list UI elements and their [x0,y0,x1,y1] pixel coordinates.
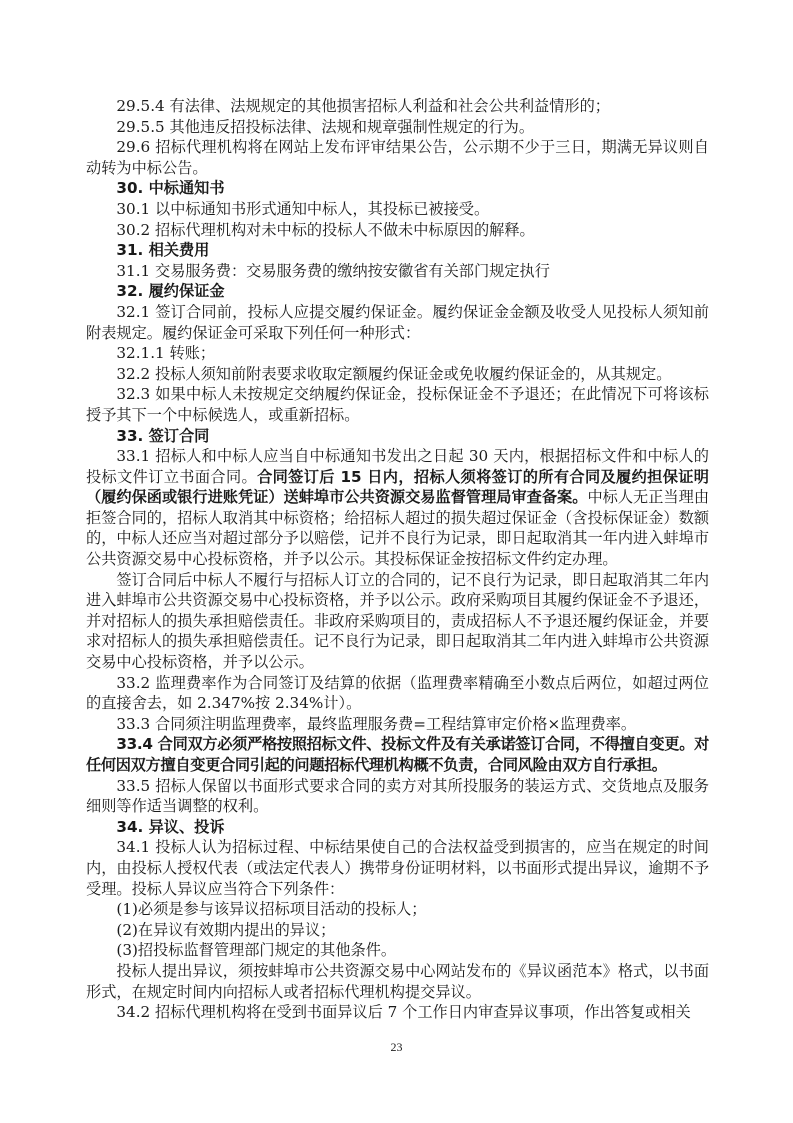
page-number: 23 [0,1040,793,1055]
clause-34-2: 34.2 招标代理机构将在受到书面异议后 7 个工作日内审查异议事项，作出答复或… [86,1002,709,1023]
condition-2: (2)在异议有效期内提出的异议； [86,920,709,941]
clause-32-1: 32.1 签订合同前，投标人应提交履约保证金。履约保证金金额及收受人见投标人须知… [86,302,709,343]
condition-3: (3)招投标监督管理部门规定的其他条件。 [86,940,709,961]
clause-29-5-4: 29.5.4 有法律、法规规定的其他损害招标人利益和社会公共利益情形的； [86,96,709,117]
condition-1: (1)必须是参与该异议招标项目活动的投标人； [86,899,709,920]
section-heading-32: 32. 履约保证金 [86,281,709,302]
clause-32-1-1: 32.1.1 转账； [86,343,709,364]
clause-30-1: 30.1 以中标通知书形式通知中标人，其投标已被接受。 [86,199,709,220]
clause-33-4: 33.4 合同双方必须严格按照招标文件、投标文件及有关承诺签订合同，不得擅自变更… [86,734,709,775]
clause-33-1: 33.1 招标人和中标人应当自中标通知书发出之日起 30 天内，根据招标文件和中… [86,446,709,570]
clause-30-2: 30.2 招标代理机构对未中标的投标人不做未中标原因的解释。 [86,220,709,241]
clause-33-1-breach: 签订合同后中标人不履行与招标人订立的合同的，记不良行为记录，即日起取消其二年内进… [86,570,709,673]
clause-29-6: 29.6 招标代理机构将在网站上发布评审结果公告，公示期不少于三日，期满无异议则… [86,137,709,178]
clause-34-1: 34.1 投标人认为招标过程、中标结果使自己的合法权益受到损害的，应当在规定的时… [86,837,709,899]
clause-29-5-5: 29.5.5 其他违反招投标法律、法规和规章强制性规定的行为。 [86,117,709,138]
clause-31-1: 31.1 交易服务费：交易服务费的缴纳按安徽省有关部门规定执行 [86,261,709,282]
clause-32-3: 32.3 如果中标人未按规定交纳履约保证金，投标保证金不予退还；在此情况下可将该… [86,384,709,425]
clause-33-2: 33.2 监理费率作为合同签订及结算的依据（监理费率精确至小数点后两位，如超过两… [86,673,709,714]
section-heading-30: 30. 中标通知书 [86,178,709,199]
document-page: 29.5.4 有法律、法规规定的其他损害招标人利益和社会公共利益情形的； 29.… [86,96,709,1023]
section-heading-33: 33. 签订合同 [86,426,709,447]
clause-32-2: 32.2 投标人须知前附表要求收取定额履约保证金或免收履约保证金的，从其规定。 [86,364,709,385]
section-heading-31: 31. 相关费用 [86,240,709,261]
objection-format: 投标人提出异议，须按蚌埠市公共资源交易中心网站发布的《异议函范本》格式，以书面形… [86,961,709,1002]
clause-33-5: 33.5 招标人保留以书面形式要求合同的卖方对其所投服务的装运方式、交货地点及服… [86,776,709,817]
clause-33-3: 33.3 合同须注明监理费率，最终监理服务费=工程结算审定价格×监理费率。 [86,714,709,735]
section-heading-34: 34. 异议、投诉 [86,817,709,838]
